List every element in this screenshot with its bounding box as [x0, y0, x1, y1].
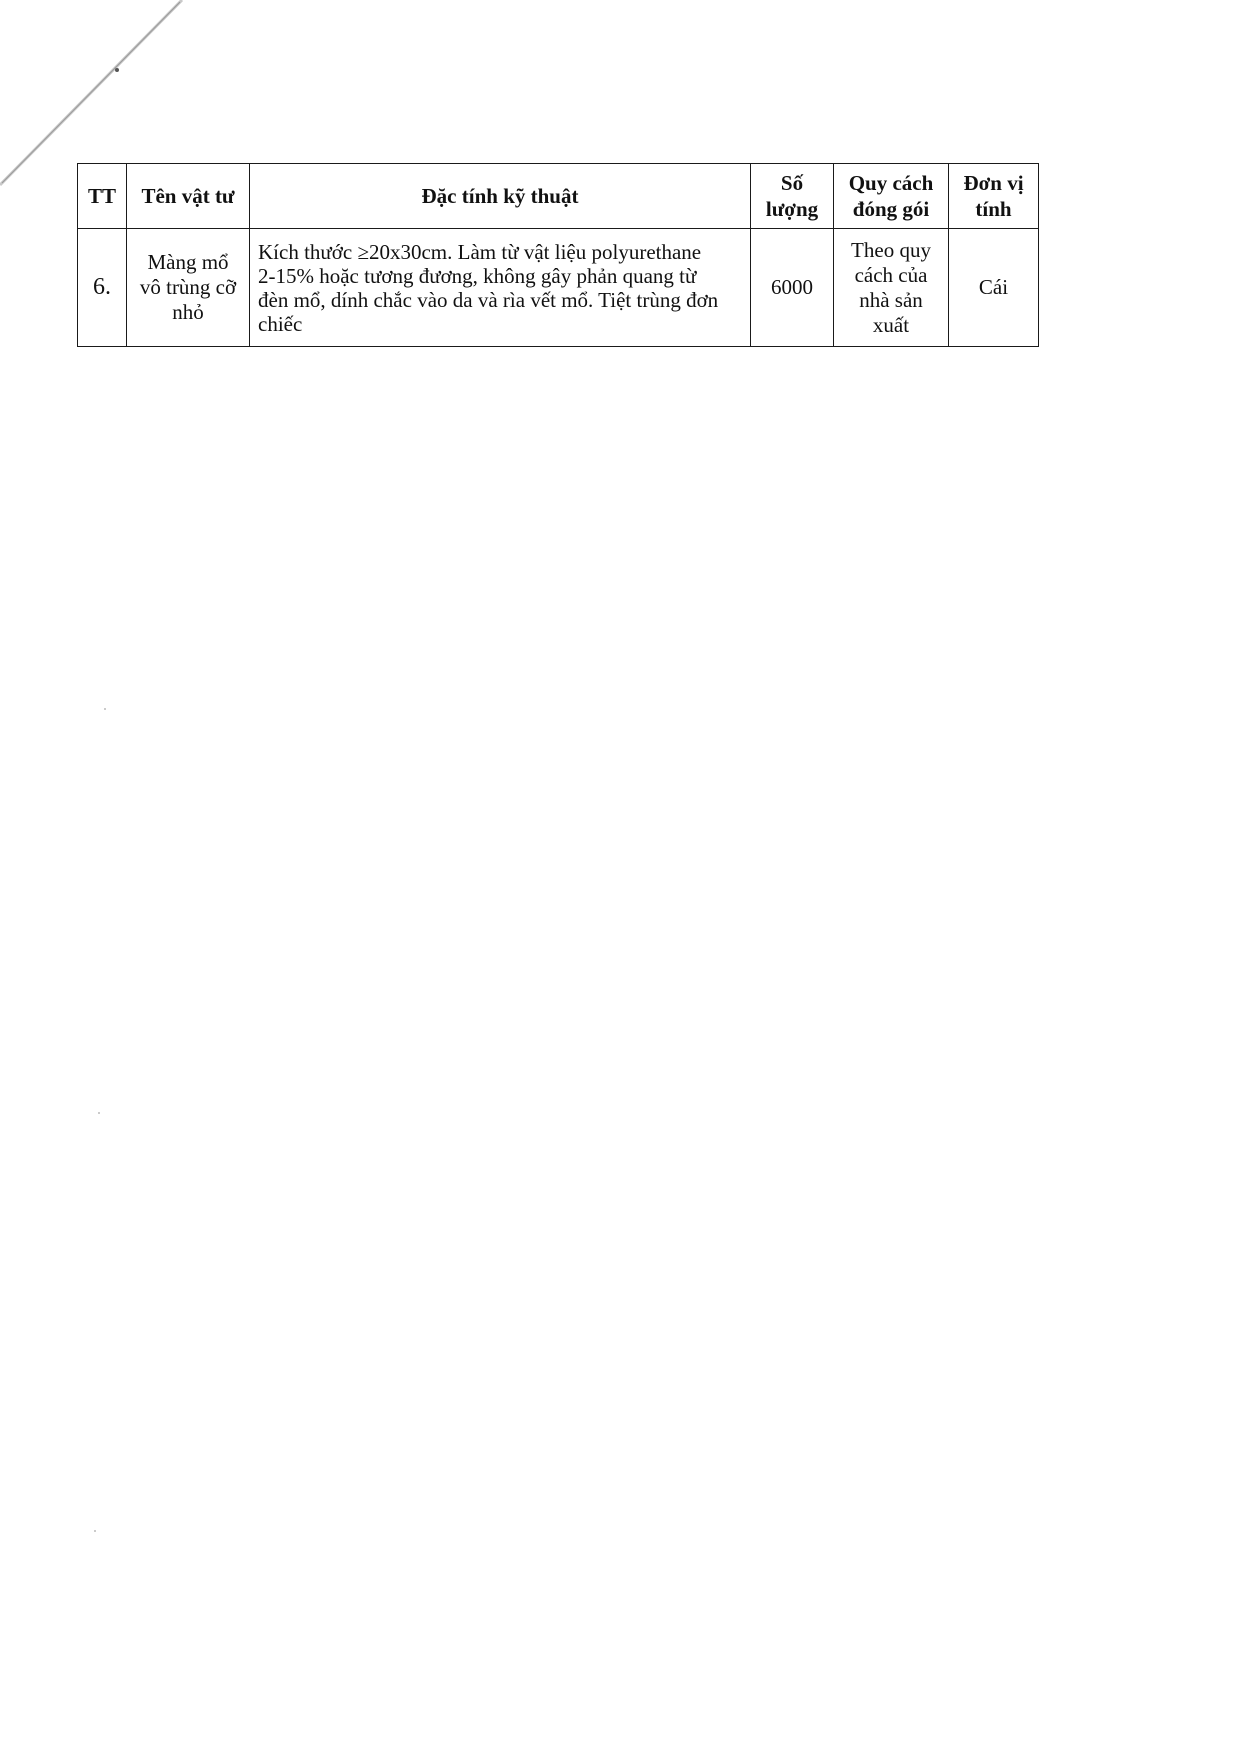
header-item-name: Tên vật tư	[127, 164, 250, 229]
cell-packaging: Theo quy cách của nhà sản xuất	[834, 229, 949, 347]
cell-tt: 6.	[78, 229, 127, 347]
cell-technical-spec: Kích thước ≥20x30cm. Làm từ vật liệu pol…	[250, 229, 751, 347]
header-unit-line1: Đơn vị	[955, 170, 1032, 196]
header-unit-line2: tính	[955, 196, 1032, 222]
header-quantity-line1: Số	[757, 170, 827, 196]
header-packaging-line2: đóng gói	[840, 196, 942, 222]
item-name-line1: Màng mổ	[133, 250, 243, 275]
header-packaging: Quy cách đóng gói	[834, 164, 949, 229]
header-quantity-line2: lượng	[757, 196, 827, 222]
header-packaging-line1: Quy cách	[840, 170, 942, 196]
table-header-row: TT Tên vật tư Đặc tính kỹ thuật Số lượng…	[78, 164, 1039, 229]
header-unit: Đơn vị tính	[949, 164, 1039, 229]
packaging-line1: Theo quy	[840, 238, 942, 263]
scan-speck	[104, 708, 106, 710]
scan-speck	[98, 1112, 100, 1114]
spec-line4: chiếc	[258, 312, 742, 336]
header-quantity: Số lượng	[751, 164, 834, 229]
header-technical-spec: Đặc tính kỹ thuật	[250, 164, 751, 229]
scan-speck	[94, 1530, 96, 1532]
spec-line1: Kích thước ≥20x30cm. Làm từ vật liệu pol…	[258, 240, 742, 264]
item-name-line2: vô trùng cỡ	[133, 275, 243, 300]
cell-item-name: Màng mổ vô trùng cỡ nhỏ	[127, 229, 250, 347]
cell-unit: Cái	[949, 229, 1039, 347]
packaging-line4: xuất	[840, 313, 942, 338]
technical-spec-table: TT Tên vật tư Đặc tính kỹ thuật Số lượng…	[77, 163, 1039, 347]
item-name-line3: nhỏ	[133, 300, 243, 325]
spec-line2: 2-15% hoặc tương đương, không gây phản q…	[258, 264, 742, 288]
header-tt: TT	[78, 164, 127, 229]
spec-line3: đèn mổ, dính chắc vào da và rìa vết mổ. …	[258, 288, 742, 312]
packaging-line2: cách của	[840, 263, 942, 288]
cell-quantity: 6000	[751, 229, 834, 347]
packaging-line3: nhà sản	[840, 288, 942, 313]
table-row: 6. Màng mổ vô trùng cỡ nhỏ Kích thước ≥2…	[78, 229, 1039, 347]
